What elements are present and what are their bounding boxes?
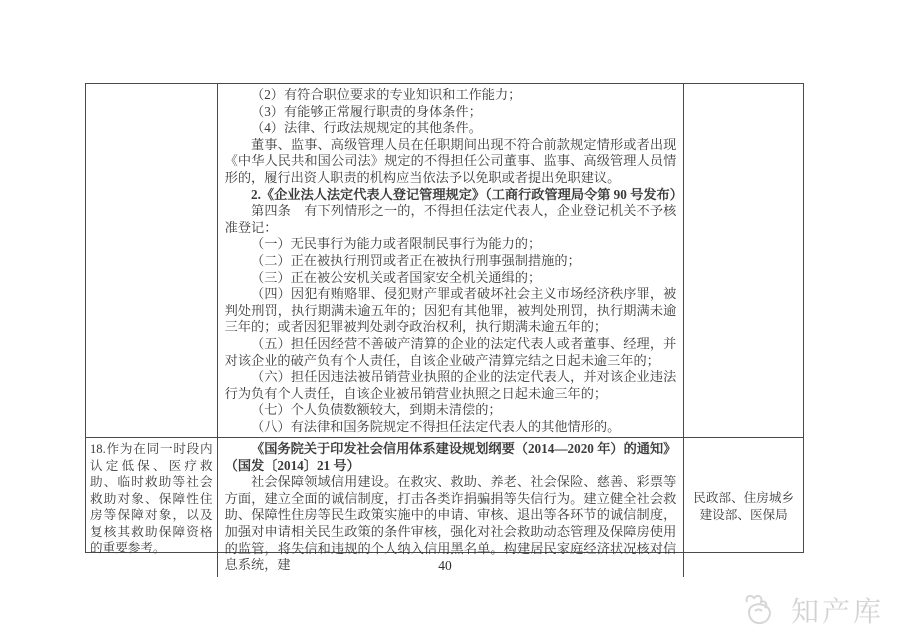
row2-agency-cell: 民政部、住房城乡建设部、医保局 — [684, 438, 803, 577]
table-row: （2）有符合职位要求的专业知识和工作能力； （3）有能够正常履行职责的身体条件；… — [86, 84, 803, 438]
regulation-table: （2）有符合职位要求的专业知识和工作能力； （3）有能够正常履行职责的身体条件；… — [85, 83, 804, 553]
paragraph: （4）法律、行政法规规定的其他条件。 — [225, 120, 677, 137]
row1-regulation-cell: （2）有符合职位要求的专业知识和工作能力； （3）有能够正常履行职责的身体条件；… — [218, 84, 685, 437]
paragraph: （五）担任因经营不善破产清算的企业的法定代表人或者董事、经理，并对该企业的破产负… — [225, 336, 677, 369]
paragraph: （七）个人负债数额较大，到期未清偿的； — [225, 402, 677, 419]
paragraph: （3）有能够正常履行职责的身体条件； — [225, 104, 677, 121]
paragraph: （一）无民事行为能力或者限制民事行为能力的； — [225, 236, 677, 253]
paragraph: （二）正在被执行刑罚或者正在被执行刑事强制措施的； — [225, 253, 677, 270]
paragraph: （2）有符合职位要求的专业知识和工作能力； — [225, 87, 677, 104]
regulation-title: 《国务院关于印发社会信用体系建设规划纲要（2014—2020 年）的通知》（国发… — [225, 441, 677, 474]
zhichanku-bird-logo-icon — [741, 592, 785, 628]
watermark: 知产库 — [741, 590, 884, 630]
row1-item-cell — [86, 84, 218, 437]
paragraph: 董事、监事、高级管理人员在任职期间出现不符合前款规定情形或者出现《中华人民共和国… — [225, 137, 677, 187]
row2-regulation-cell: 《国务院关于印发社会信用体系建设规划纲要（2014—2020 年）的通知》（国发… — [218, 438, 685, 577]
paragraph: （八）有法律和国务院规定不得担任法定代表人的其他情形的。 — [225, 419, 677, 436]
watermark-text: 知产库 — [791, 590, 884, 630]
row1-agency-cell — [684, 84, 803, 437]
document-page: （2）有符合职位要求的专业知识和工作能力； （3）有能够正常履行职责的身体条件；… — [0, 0, 900, 636]
paragraph: （六）担任因违法被吊销营业执照的企业的法定代表人，并对该企业违法行为负有个人责任… — [225, 369, 677, 402]
paragraph: 第四条 有下列情形之一的，不得担任法定代表人，企业登记机关不予核准登记： — [225, 203, 677, 236]
regulation-title: 2.《企业法人法定代表人登记管理规定》（工商行政管理局令第 90 号发布） — [225, 187, 677, 204]
agency-names: 民政部、住房城乡建设部、医保局 — [688, 490, 799, 524]
page-number: 40 — [0, 558, 890, 574]
row2-item-cell: 18.作为在同一时段内认定低保、医疗救助、临时救助等社会救助对象、保障性住房等保… — [86, 438, 218, 577]
paragraph: （四）因犯有贿赂罪、侵犯财产罪或者破坏社会主义市场经济秩序罪，被判处刑罚，执行期… — [225, 286, 677, 336]
paragraph: （三）正在被公安机关或者国家安全机关通缉的； — [225, 270, 677, 287]
item-18-description: 18.作为在同一时段内认定低保、医疗救助、临时救助等社会救助对象、保障性住房等保… — [90, 441, 213, 557]
table-row: 18.作为在同一时段内认定低保、医疗救助、临时救助等社会救助对象、保障性住房等保… — [86, 438, 803, 577]
